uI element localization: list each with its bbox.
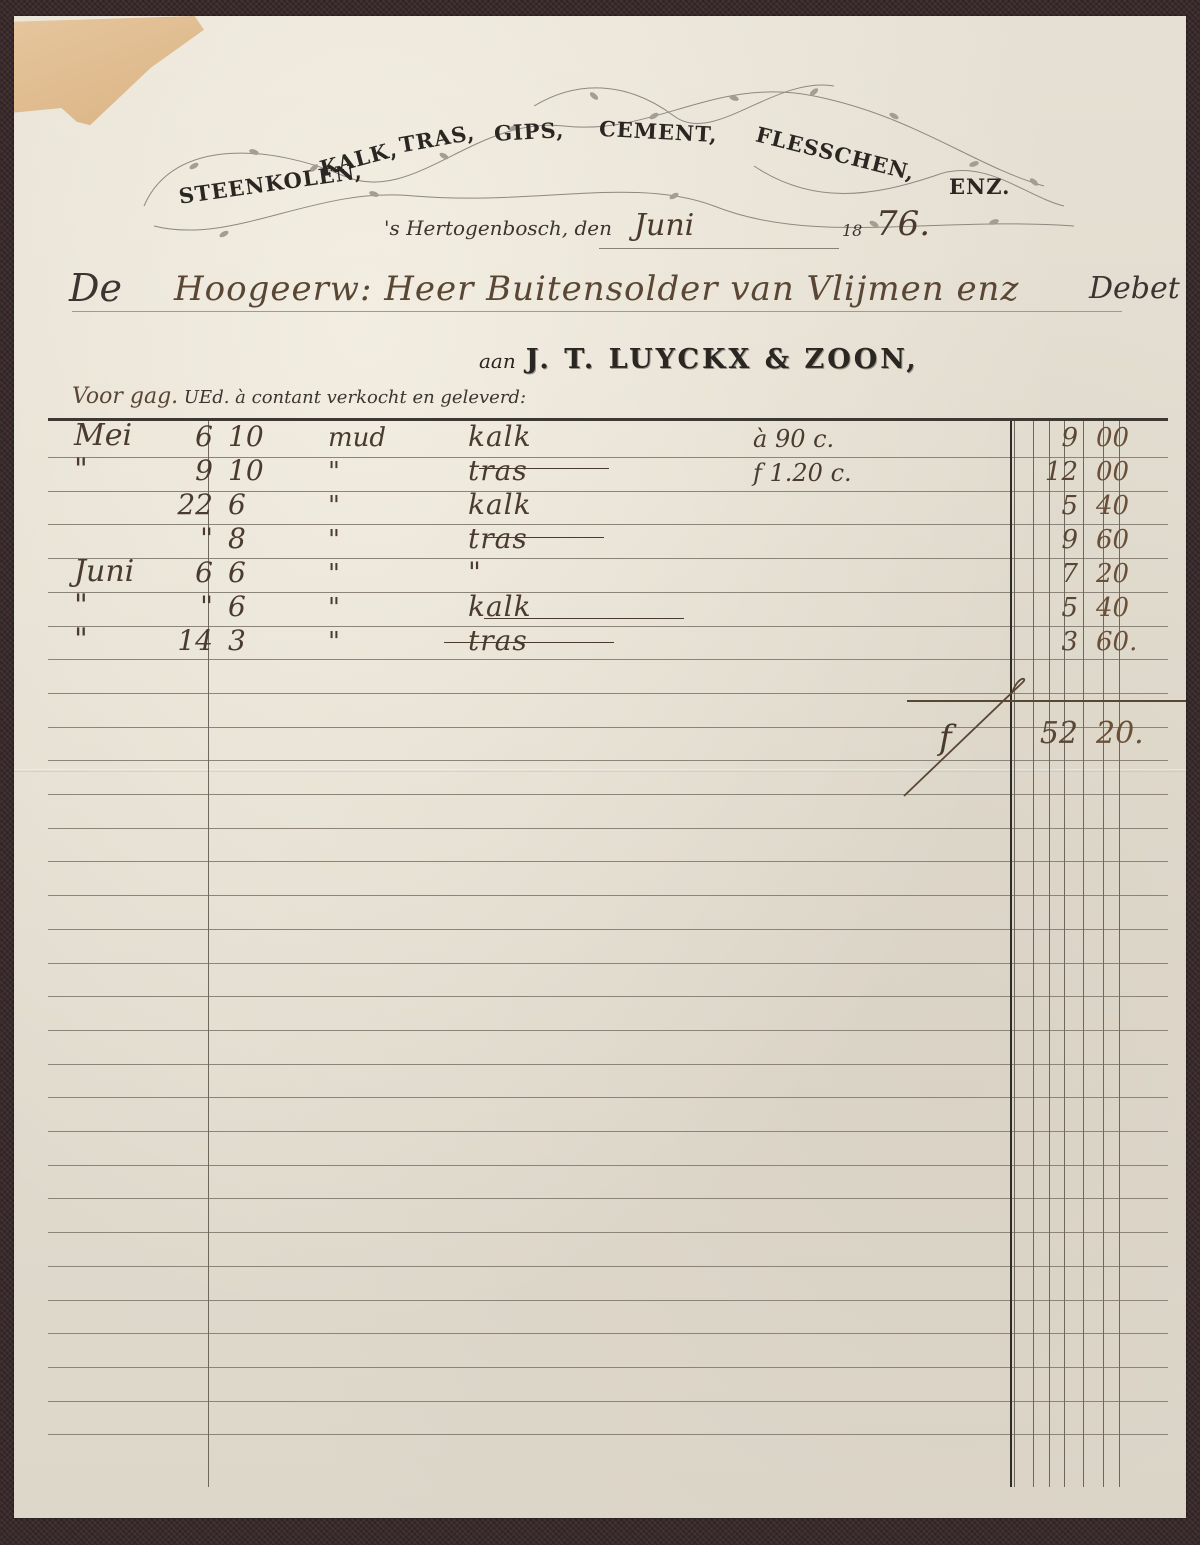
date-year-prefix: 18 xyxy=(842,221,862,240)
addressee-prefix: De xyxy=(69,266,122,310)
firm-title: J. T. LUYCKX & ZOON, xyxy=(526,344,919,375)
row-item: " xyxy=(468,556,482,589)
row-day: 22 xyxy=(158,488,213,521)
ruled-line xyxy=(48,895,1168,896)
firm-prefix: aan xyxy=(479,349,516,373)
sold-statement: Voor gag. UEd. à contant verkocht en gel… xyxy=(72,384,526,409)
ruled-line xyxy=(48,828,1168,829)
row-cents: 00 xyxy=(1096,457,1129,487)
ledger-top-rule xyxy=(48,418,1168,421)
item-lead-stroke xyxy=(479,468,609,469)
ruled-line xyxy=(48,1131,1168,1132)
ruled-line xyxy=(48,1333,1168,1334)
ledger-row: Juni 6 6 " " 7 20 xyxy=(48,559,1168,593)
letterhead-trade: ENZ. xyxy=(949,174,1010,199)
ledger-row: " 9 10 " tras f 1.20 c. 12 00 xyxy=(48,457,1168,491)
sold-handwritten: Voor gag. xyxy=(72,384,178,409)
row-unit: mud xyxy=(328,423,386,453)
total-flourish-icon xyxy=(894,671,1044,801)
ledger-row: " " 6 " kalk 5 40 xyxy=(48,593,1168,627)
total-guilders: 52 xyxy=(1023,716,1078,751)
row-cents: 60 xyxy=(1096,525,1129,555)
row-cents: 20 xyxy=(1096,559,1129,589)
ruled-line xyxy=(48,929,1168,930)
row-quantity: 6 xyxy=(228,590,246,623)
row-month: " xyxy=(74,452,88,487)
row-month: Juni xyxy=(74,554,134,589)
row-day: 9 xyxy=(158,454,213,487)
row-unit: " xyxy=(328,491,340,521)
row-day: 14 xyxy=(158,624,213,657)
row-item: kalk xyxy=(468,420,532,453)
row-quantity: 6 xyxy=(228,488,246,521)
ruled-line xyxy=(48,1064,1168,1065)
row-day: 6 xyxy=(158,420,213,453)
row-guilders: 3 xyxy=(1023,627,1078,657)
addressee-underline xyxy=(72,311,1122,312)
letterhead-trade: GIPS, xyxy=(493,117,564,146)
row-quantity: 6 xyxy=(228,556,246,589)
row-item: tras xyxy=(468,522,528,555)
ruled-line xyxy=(48,1232,1168,1233)
row-item: tras xyxy=(468,454,528,487)
row-day: 6 xyxy=(158,556,213,589)
ruled-line xyxy=(48,1198,1168,1199)
row-quantity: 3 xyxy=(228,624,246,657)
row-unit: " xyxy=(328,627,340,657)
ruled-line xyxy=(48,1030,1168,1031)
row-cents: 40 xyxy=(1096,593,1129,623)
total-cents: 20. xyxy=(1096,716,1144,751)
ruled-line xyxy=(48,1434,1168,1435)
row-unit: " xyxy=(328,559,340,589)
ruled-line xyxy=(48,1097,1168,1098)
row-quantity: 8 xyxy=(228,522,246,555)
row-price: f 1.20 c. xyxy=(753,459,852,487)
date-underline xyxy=(599,248,839,249)
ledger-row: " 14 3 " tras 3 60. xyxy=(48,627,1168,661)
invoice-sheet: STEENKOLEN, KALK, TRAS, GIPS, CEMENT, FL… xyxy=(14,16,1186,1518)
row-guilders: 5 xyxy=(1023,593,1078,623)
sold-text: UEd. à contant verkocht en geleverd: xyxy=(184,387,526,408)
item-lead-stroke xyxy=(484,618,684,619)
ruled-line xyxy=(48,1266,1168,1267)
row-price: à 90 c. xyxy=(753,425,834,453)
row-item: kalk xyxy=(468,488,532,521)
row-cents: 60. xyxy=(1096,627,1137,657)
addressee-name: Hoogeerw: Heer Buitensolder van Vlijmen … xyxy=(174,269,1019,309)
row-cents: 00 xyxy=(1096,423,1129,453)
ruled-line xyxy=(48,1401,1168,1402)
ledger-row: 22 6 " kalk 5 40 xyxy=(48,491,1168,525)
item-lead-stroke xyxy=(484,537,604,538)
row-quantity: 10 xyxy=(228,420,264,453)
row-guilders: 5 xyxy=(1023,491,1078,521)
ruled-line xyxy=(48,861,1168,862)
row-item: tras xyxy=(468,624,528,657)
ruled-line xyxy=(48,1165,1168,1166)
ledger-row: Mei 6 10 mud kalk à 90 c. 9 00 xyxy=(48,423,1168,457)
firm-name: aanJ. T. LUYCKX & ZOON, xyxy=(479,344,919,375)
row-guilders: 7 xyxy=(1023,559,1078,589)
date-month: Juni xyxy=(634,208,694,243)
row-guilders: 12 xyxy=(1023,457,1078,487)
row-month: " xyxy=(74,588,88,623)
row-quantity: 10 xyxy=(228,454,264,487)
ruled-line xyxy=(48,996,1168,997)
ledger-row: " 8 " tras 9 60 xyxy=(48,525,1168,559)
date-year-suffix: 76. xyxy=(876,204,930,244)
row-month: " xyxy=(74,622,88,657)
debet-label: Debet xyxy=(1089,271,1180,306)
row-unit: " xyxy=(328,525,340,555)
row-guilders: 9 xyxy=(1023,525,1078,555)
item-lead-stroke xyxy=(444,642,614,643)
ruled-line xyxy=(48,963,1168,964)
ruled-line xyxy=(48,1367,1168,1368)
row-day: " xyxy=(158,590,213,623)
city-label: 's Hertogenbosch, den xyxy=(384,216,612,240)
row-month: Mei xyxy=(74,418,132,453)
row-guilders: 9 xyxy=(1023,423,1078,453)
row-day: " xyxy=(158,522,213,555)
row-unit: " xyxy=(328,593,340,623)
row-unit: " xyxy=(328,457,340,487)
row-cents: 40 xyxy=(1096,491,1129,521)
ruled-line xyxy=(48,1300,1168,1301)
total-currency-mark: f xyxy=(939,718,952,758)
